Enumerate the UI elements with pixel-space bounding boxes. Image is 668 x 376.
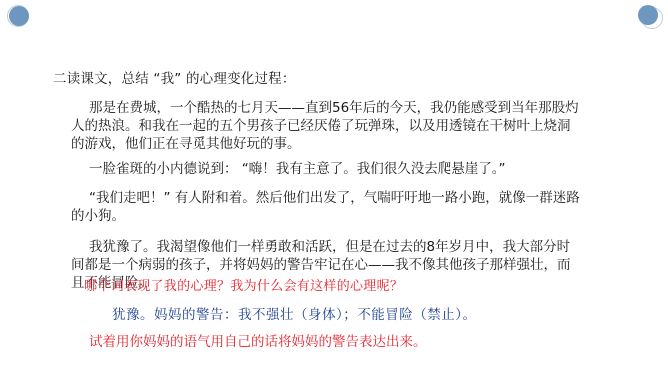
circle-decoration-icon (638, 5, 658, 25)
passage-paragraph-3: “我们走吧！” 有人附和着。然后他们出发了，气喘吁吁地一路小跑，就像一群迷路的小… (71, 189, 581, 225)
passage-paragraph-1: 那是在费城，一个酷热的七月天——直到56年后的今天，我仍能感受到当年那股灼人的热… (71, 99, 581, 153)
task-prompt: 试着用你妈妈的语气用自己的话将妈妈的警告表达出来。 (89, 330, 427, 350)
passage-text: 那是在费城，一个酷热的七月天——直到56年后的今天，我仍能感受到当年那股灼人的热… (71, 100, 579, 152)
passage-text: 一脸雀斑的小内德说到： “嗨！我有主意了。我们很久没去爬悬崖了。” (89, 161, 506, 177)
passage-text: “我们走吧！” 有人附和着。然后他们出发了，气喘吁吁地一路小跑，就像一群迷路的小… (71, 190, 580, 224)
circle-decoration-icon (9, 6, 29, 26)
question-prompt: 哪个词表现了我的心理？我为什么会有这样的心理呢？ (84, 275, 403, 294)
passage-paragraph-2: 一脸雀斑的小内德说到： “嗨！我有主意了。我们很久没去爬悬崖了。” (71, 160, 581, 178)
slide-heading: 二读课文，总结 “我” 的心理变化过程： (53, 67, 296, 87)
answer-text: 犹豫。妈妈的警告：我不强壮（身体）；不能冒险（禁止）。 (112, 303, 477, 323)
